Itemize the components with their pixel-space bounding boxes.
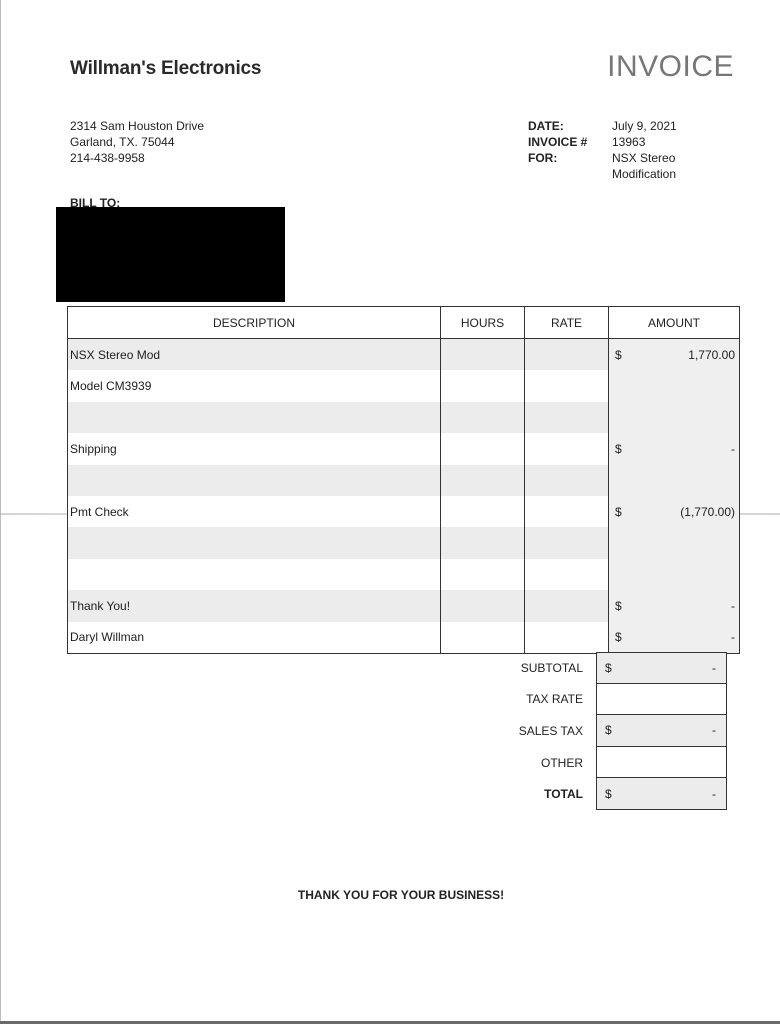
currency-symbol: $	[605, 723, 612, 737]
table-row: Pmt Check$(1,770.00)	[68, 496, 739, 527]
column-header-hours: HOURS	[441, 307, 525, 338]
summary-label: SUBTOTAL	[500, 652, 596, 684]
cell-amount: $-	[609, 433, 739, 464]
currency-symbol: $	[615, 348, 622, 362]
amount-value: (1,770.00)	[680, 505, 735, 519]
redacted-bill-to-block	[56, 207, 285, 302]
footer-thanks: THANK YOU FOR YOUR BUSINESS!	[0, 888, 780, 902]
cell-hours	[441, 465, 525, 496]
table-header: DESCRIPTION HOURS RATE AMOUNT	[68, 307, 739, 339]
cell-hours	[441, 433, 525, 464]
table-row: Shipping$-	[68, 433, 739, 464]
summary-value-box: $-	[596, 652, 727, 684]
cell-amount	[609, 527, 739, 558]
summary-value: -	[712, 723, 716, 737]
document-title: INVOICE	[607, 50, 734, 84]
cell-hours	[441, 622, 525, 653]
table-row	[68, 465, 739, 496]
meta-invoice-number: INVOICE # 13963	[528, 134, 702, 150]
cell-hours	[441, 559, 525, 590]
column-header-description: DESCRIPTION	[68, 307, 441, 338]
company-name: Willman's Electronics	[70, 58, 261, 80]
cell-amount	[609, 465, 739, 496]
amount-value: -	[731, 442, 735, 456]
currency-symbol: $	[615, 442, 622, 456]
summary-value-box	[596, 684, 727, 716]
summary-row-other: OTHER	[500, 747, 740, 779]
cell-amount: $-	[609, 622, 739, 653]
table-row: Model CM3939	[68, 370, 739, 401]
for-value: NSX Stereo Modification	[612, 150, 702, 182]
cell-rate	[525, 622, 609, 653]
summary-label: SALES TAX	[500, 715, 596, 747]
cell-description: Pmt Check	[68, 496, 441, 527]
address-line-2: Garland, TX. 75044	[70, 134, 204, 150]
table-row: NSX Stereo Mod$1,770.00	[68, 339, 739, 370]
cell-hours	[441, 527, 525, 558]
currency-symbol: $	[615, 599, 622, 613]
cell-amount	[609, 370, 739, 401]
cell-rate	[525, 527, 609, 558]
meta-for: FOR: NSX Stereo Modification	[528, 150, 702, 182]
summary-label: TAX RATE	[500, 684, 596, 716]
cell-description	[68, 527, 441, 558]
cell-hours	[441, 402, 525, 433]
cell-amount	[609, 402, 739, 433]
amount-value: -	[731, 630, 735, 644]
meta-date: DATE: July 9, 2021	[528, 118, 702, 134]
cell-description	[68, 465, 441, 496]
totals-summary: SUBTOTAL$-TAX RATESALES TAX$-OTHERTOTAL$…	[500, 652, 740, 810]
summary-value-box: $-	[596, 778, 727, 810]
summary-label: TOTAL	[500, 778, 596, 810]
amount-value: -	[731, 599, 735, 613]
summary-value: -	[712, 787, 716, 801]
cell-description: NSX Stereo Mod	[68, 339, 441, 370]
cell-hours	[441, 590, 525, 621]
currency-symbol: $	[615, 505, 622, 519]
cell-hours	[441, 339, 525, 370]
date-label: DATE:	[528, 118, 612, 134]
cell-hours	[441, 496, 525, 527]
date-value: July 9, 2021	[612, 118, 702, 134]
cell-description	[68, 559, 441, 590]
phone-number: 214-438-9958	[70, 150, 204, 166]
table-row	[68, 402, 739, 433]
invoice-number-value: 13963	[612, 134, 702, 150]
cell-rate	[525, 465, 609, 496]
summary-value-box	[596, 747, 727, 779]
table-row: Daryl Willman$-	[68, 622, 739, 653]
seller-address: 2314 Sam Houston Drive Garland, TX. 7504…	[70, 118, 204, 166]
summary-value-box: $-	[596, 715, 727, 747]
address-line-1: 2314 Sam Houston Drive	[70, 118, 204, 134]
for-value-line-2: Modification	[612, 167, 676, 181]
table-row: Thank You!$-	[68, 590, 739, 621]
column-header-rate: RATE	[525, 307, 609, 338]
for-value-line-1: NSX Stereo	[612, 151, 675, 165]
table-body: NSX Stereo Mod$1,770.00Model CM3939Shipp…	[68, 339, 739, 653]
currency-symbol: $	[615, 630, 622, 644]
cell-description: Thank You!	[68, 590, 441, 621]
currency-symbol: $	[605, 787, 612, 801]
cell-rate	[525, 402, 609, 433]
cell-amount: $(1,770.00)	[609, 496, 739, 527]
cell-description	[68, 402, 441, 433]
summary-row-subtotal: SUBTOTAL$-	[500, 652, 740, 684]
cell-rate	[525, 339, 609, 370]
invoice-meta: DATE: July 9, 2021 INVOICE # 13963 FOR: …	[528, 118, 702, 182]
currency-symbol: $	[605, 661, 612, 675]
cell-rate	[525, 496, 609, 527]
table-row	[68, 559, 739, 590]
page-edge-left	[0, 0, 1, 1022]
cell-description: Daryl Willman	[68, 622, 441, 653]
cell-hours	[441, 370, 525, 401]
cell-amount: $-	[609, 590, 739, 621]
summary-value: -	[712, 661, 716, 675]
cell-rate	[525, 433, 609, 464]
cell-amount: $1,770.00	[609, 339, 739, 370]
cell-rate	[525, 559, 609, 590]
amount-value: 1,770.00	[688, 348, 735, 362]
cell-rate	[525, 370, 609, 401]
cell-description: Shipping	[68, 433, 441, 464]
summary-label: OTHER	[500, 747, 596, 779]
column-header-amount: AMOUNT	[609, 307, 739, 338]
cell-amount	[609, 559, 739, 590]
cell-description: Model CM3939	[68, 370, 441, 401]
line-items-table: DESCRIPTION HOURS RATE AMOUNT NSX Stereo…	[67, 306, 740, 654]
table-row	[68, 527, 739, 558]
cell-rate	[525, 590, 609, 621]
for-label: FOR:	[528, 150, 612, 182]
invoice-number-label: INVOICE #	[528, 134, 612, 150]
summary-row-total: TOTAL$-	[500, 778, 740, 810]
summary-row-tax-rate: TAX RATE	[500, 684, 740, 716]
summary-row-sales-tax: SALES TAX$-	[500, 715, 740, 747]
